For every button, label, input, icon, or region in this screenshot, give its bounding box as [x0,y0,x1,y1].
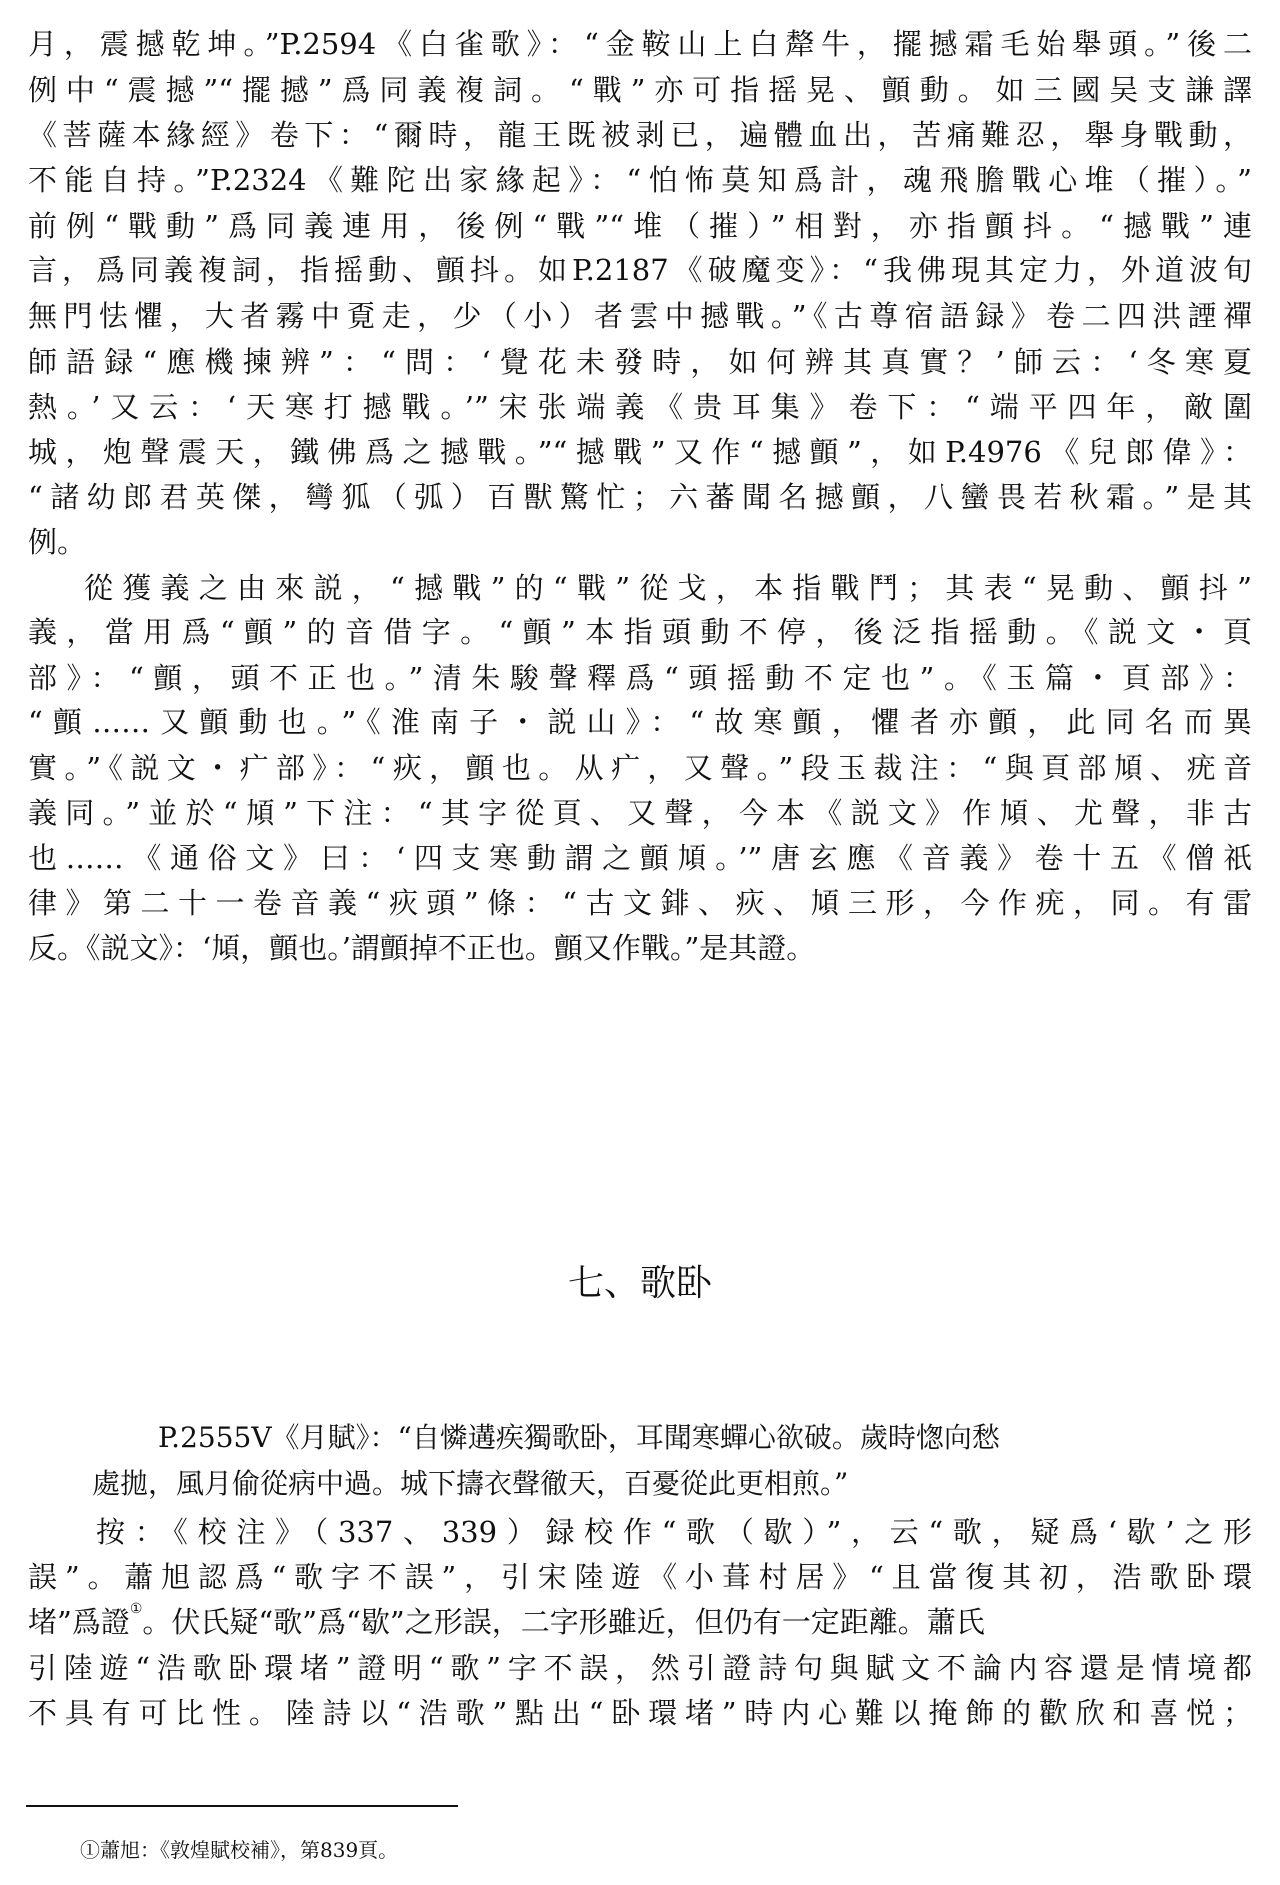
footnote-marker: ① [80,1838,100,1862]
body-line: 無門怯懼，大者霧中覔走，少（小）者雲中撼戰。”《古尊宿語録》卷二四洪諲禪 [28,296,1252,336]
body-line: “諸幼郎君英傑，彎狐（弧）百獸驚忙；六蕃聞名撼顫，八蠻畏若秋霜。”是其 [28,477,1252,517]
footnote: ①蕭旭：《敦煌賦校補》，第839頁。 [80,1835,398,1865]
body-line: 《菩薩本緣經》卷下：“爾時，龍王既被剥已，遍體血出，苦痛難忍，舉身戰動， [28,115,1252,155]
body-line: “顫……又顫動也。”《淮南子・説山》：“故寒顫，懼者亦顫，此同名而異 [28,702,1252,742]
body-line: 前例“戰動”爲同義連用，後例“戰”“堆（摧）”相對，亦指顫抖。“撼戰”連 [28,206,1252,246]
body-line: 誤”。蕭旭認爲“歌字不誤”，引宋陸遊《小葺村居》“且當復其初，浩歌卧環 [28,1557,1252,1597]
body-text: 堵”爲證 [28,1605,130,1639]
body-line: 律》第二十一卷音義“疢頭”條：“古文䤵、疢、頄三形，今作疣，同。有雷 [28,883,1252,923]
body-line: 例。 [28,522,1252,562]
section-heading: 七、歌卧 [0,1262,1280,1306]
body-line: 例中“震撼”“擺撼”爲同義複詞。“戰”亦可指摇晃、顫動。如三國吴支謙譯 [28,70,1252,110]
body-line: 引陸遊“浩歌卧環堵”證明“歌”字不誤，然引證詩句與賦文不論内容還是情境都 [28,1648,1252,1688]
body-line: 義同。”並於“頄”下注：“其字從頁、又聲，今本《説文》作頄、尤聲，非古 [28,793,1252,833]
body-line: 不能自持。”P.2324《難陀出家緣起》：“怕怖莫知爲計，魂飛膽戰心堆（摧）。” [28,160,1252,200]
body-line: 言，爲同義複詞，指摇動、顫抖。如P.2187《破魔变》：“我佛現其定力，外道波旬 [28,250,1252,290]
quote-line: 處拋，風月偷從病中過。城下擣衣聲徹天，百憂從此更相煎。” [92,1464,848,1504]
body-line: 不具有可比性。陸詩以“浩歌”點出“卧環堵”時内心難以掩飾的歡欣和喜悦； [28,1693,1252,1733]
body-line: 城，炮聲震天，鐵佛爲之撼戰。”“撼戰”又作“撼顫”，如P.4976《兒郎偉》： [28,432,1252,472]
document-page: 月，震撼乾坤。”P.2594《白雀歌》：“金鞍山上白犛牛，擺撼霜毛始舉頭。”後二… [0,0,1280,1885]
body-line-with-footnote: 堵”爲證①。伏氏疑“歌”爲“歇”之形誤，二字形雖近，但仍有一定距離。蕭氏 [28,1602,1252,1642]
footnote-reference[interactable]: ① [130,1601,143,1617]
paragraph-first-line: 從獲義之由來説，“撼戰”的“戰”從戈，本指戰鬥；其表“晃動、顫抖” [84,568,1252,608]
body-line: 部》：“顫，頭不正也。”清朱駿聲釋爲“頭摇動不定也”。《玉篇・頁部》： [28,658,1252,698]
body-line: 義，當用爲“顫”的音借字。“顫”本指頭動不停，後泛指摇動。《説文・頁 [28,612,1252,652]
paragraph-first-line: 按：《校注》（337、339）録校作“歌（歇）”，云“歌，疑爲‘歇’之形 [96,1512,1252,1552]
body-line: 反。《説文》：‘頄，顫也。’謂顫掉不正也。顫又作戰。”是其證。 [28,928,1252,968]
body-line: 師語録“應機揀辨”：“問：‘覺花未發時，如何辨其真實？’師云：‘冬寒夏 [28,342,1252,382]
body-line: 熱。’又云：‘天寒打撼戰。’”宋张端義《贵耳集》卷下：“端平四年，敵圍 [28,387,1252,427]
footnote-text: 蕭旭：《敦煌賦校補》，第839頁。 [100,1838,398,1862]
footnote-divider [26,1805,458,1807]
body-line: 實。”《説文・疒部》：“疢，顫也。从疒，又聲。”段玉裁注：“與頁部頄、疣音 [28,748,1252,788]
body-line: 月，震撼乾坤。”P.2594《白雀歌》：“金鞍山上白犛牛，擺撼霜毛始舉頭。”後二 [28,24,1252,64]
quote-line: P.2555V《月賦》：“自憐遘疾獨歌卧，耳聞寒蟬心欲破。歲時愡向愁 [158,1418,1000,1458]
body-text: 。伏氏疑“歌”爲“歇”之形誤，二字形雖近，但仍有一定距離。蕭氏 [142,1605,984,1639]
body-line: 也……《通俗文》曰：‘四支寒動謂之顫頄。’”唐玄應《音義》卷十五《僧祇 [28,838,1252,878]
